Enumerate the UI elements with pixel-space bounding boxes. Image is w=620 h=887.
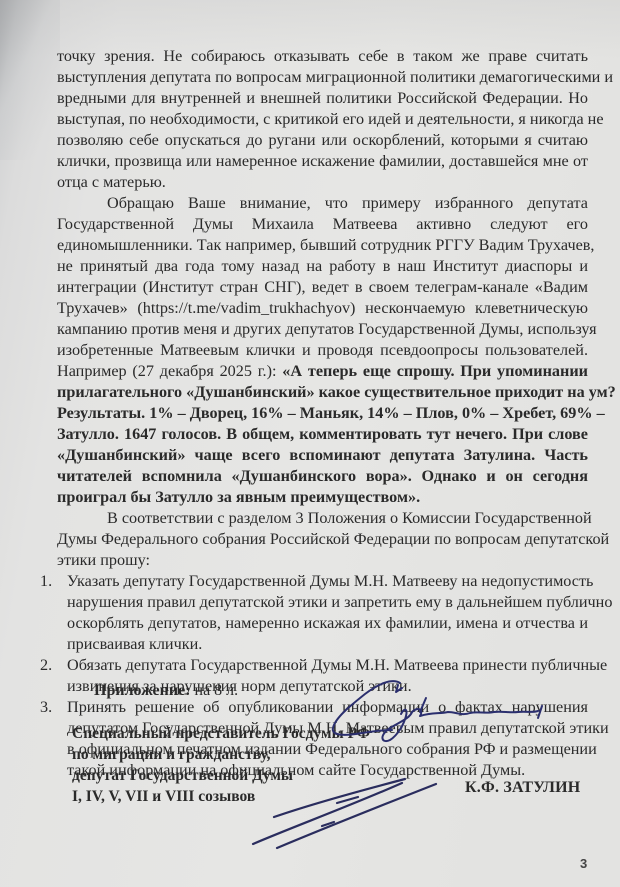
text-line: нарушения правил депутатской этики и зап… (67, 592, 588, 613)
request-item-1: 1. Указать депутату Государственной Думы… (65, 571, 588, 655)
text-line: клички, прозвища или намеренное искажени… (57, 151, 588, 172)
quote-start-line: Например (27 декабря 2025 г.): «А теперь… (57, 361, 588, 382)
text-line: позволяю себе опускаться до ругани или о… (57, 130, 588, 151)
list-number: 1. (40, 571, 52, 592)
text-line: не принятый два года тому назад на работ… (57, 256, 588, 277)
appendix-note: Приложение: на 8 л. (94, 682, 238, 700)
page-fold-shadow (0, 0, 60, 160)
text-line: Обязать депутата Государственной Думы М.… (67, 655, 588, 676)
appendix-label: Приложение: (94, 682, 191, 699)
quote-text: «А теперь еще спрошу. При упоминании (282, 362, 588, 380)
text-line: интеграции (Институт стран СНГ), ведет в… (57, 277, 588, 298)
text-line: этики прошу: (57, 550, 588, 571)
list-number: 3. (40, 697, 52, 718)
paragraph-continuation: точку зрения. Не собираюсь отказывать се… (57, 46, 588, 193)
text-line: Государственной Думы Михаила Матвеева ак… (57, 214, 588, 235)
text-line: В соответствии с разделом 3 Положения о … (57, 508, 588, 529)
page-number: 3 (580, 856, 587, 871)
text-line: Думы Федерального собрания Российской Фе… (57, 529, 588, 550)
signatory-name: К.Ф. ЗАТУЛИН (465, 779, 580, 797)
signatory-title-line: Специальный представитель Госдумы РФ (72, 723, 370, 744)
text-line: точку зрения. Не собираюсь отказывать се… (57, 46, 588, 67)
paragraph-attention: Обращаю Ваше внимание, что примеру избра… (57, 193, 588, 508)
signatory-title-line: по миграции и гражданству, (72, 744, 370, 765)
text-line: Обращаю Ваше внимание, что примеру избра… (57, 193, 588, 214)
quote-line: «Душанбинский» чаще всего вспоминают деп… (57, 445, 588, 466)
text-line: изобретенные Матвеевым клички и проводя … (57, 340, 588, 361)
text-line: Принять решение об опубликовании информа… (67, 697, 588, 718)
document-page: точку зрения. Не собираюсь отказывать се… (57, 46, 588, 781)
signatory-title: Специальный представитель Госдумы РФ по … (72, 723, 370, 807)
text-line: Указать депутату Государственной Думы М.… (67, 571, 588, 592)
text-line: вредными для внутренней и внешней полити… (57, 88, 588, 109)
signatory-title-line: I, IV, V, VII и VIII созывов (72, 786, 370, 807)
text-line: присваивая клички. (67, 634, 588, 655)
text-line: кампанию против меня и других депутатов … (57, 319, 588, 340)
telegram-link-line: Трухачев» (https://t.me/vadim_trukhachyo… (57, 298, 588, 319)
poll-results-line: Результаты. 1% – Дворец, 16% – Маньяк, 1… (57, 403, 588, 424)
quote-line: Затулло. 1647 голосов. В общем, комменти… (57, 424, 588, 445)
text-line: выступления депутата по вопросам миграци… (57, 67, 588, 88)
quote-line: проиграл бы Затулло за явным преимуществ… (57, 487, 588, 508)
text-line: выступая, по необходимости, с критикой е… (57, 109, 588, 130)
signatory-title-line: депутат Государственной Думы (72, 765, 370, 786)
example-prefix: Например (27 декабря 2025 г.): (57, 362, 277, 380)
list-number: 2. (40, 655, 52, 676)
text-line: отца с матерью. (57, 172, 588, 193)
quote-line: читателей вспомнила «Душанбинского вора»… (57, 466, 588, 487)
text-line: оскорблять депутатов, намеренно искажая … (67, 613, 588, 634)
paragraph-request: В соответствии с разделом 3 Положения о … (57, 508, 588, 571)
quote-line: прилагательного «Душанбинский» какое сущ… (57, 382, 588, 403)
appendix-value: на 8 л. (195, 682, 239, 699)
text-line: единомышленники. Так например, бывший со… (57, 235, 588, 256)
